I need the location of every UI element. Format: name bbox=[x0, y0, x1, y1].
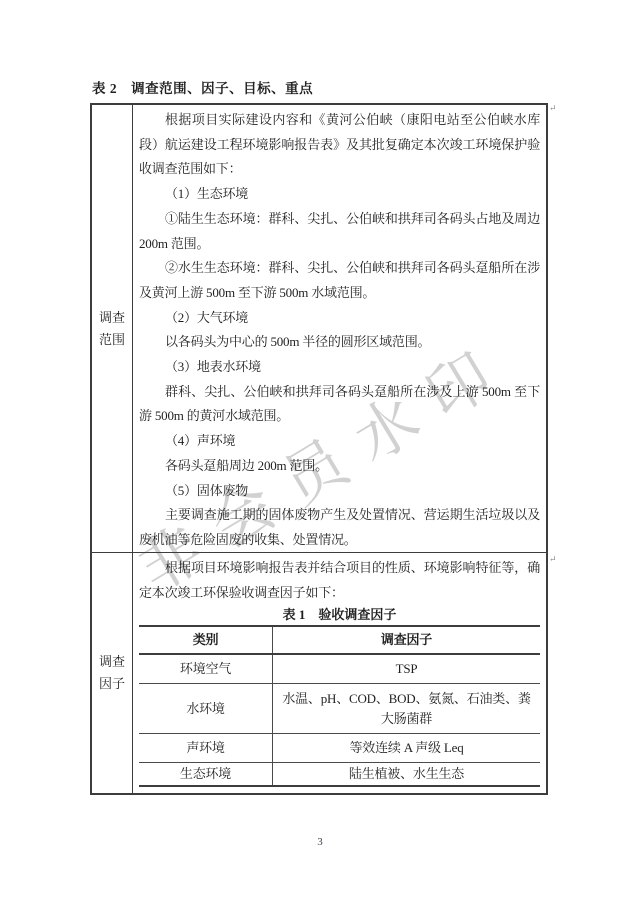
table1-header-category: 类别 bbox=[139, 626, 273, 654]
paragraph-mark-icon: ↵ bbox=[549, 104, 557, 113]
scope-paragraph: （1）生态环境 bbox=[139, 182, 540, 207]
row-header-label: 调查因子 bbox=[98, 651, 126, 695]
table1-cell-factor: 等效连续 A 声级 Leq bbox=[273, 734, 540, 763]
document-page: 非会员水印 表 2 调查范围、因子、目标、重点 ↵ ↵ 调查范围 根据项目实际建… bbox=[0, 0, 640, 905]
scope-paragraph: （4）声环境 bbox=[139, 429, 540, 454]
scope-paragraph: （2）大气环境 bbox=[139, 306, 540, 331]
table1-row: 生态环境 陆生植被、水生生态 bbox=[139, 763, 540, 787]
survey-factors-content: 根据项目环境影响报告表并结合项目的性质、环境影响特征等，确定本次竣工环保验收调查… bbox=[133, 553, 546, 793]
table1-cell-factor: TSP bbox=[273, 654, 540, 684]
table1-row: 环境空气 TSP bbox=[139, 654, 540, 684]
table1: 类别 调查因子 环境空气 TSP 水环境 水温、pH、COD、BOD、氨氮、石油… bbox=[139, 625, 540, 787]
row-header-label: 调查范围 bbox=[98, 307, 126, 351]
table1-cell-category: 生态环境 bbox=[139, 763, 273, 787]
table1-caption: 表 1 验收调查因子 bbox=[139, 606, 540, 623]
table1-cell-category: 水环境 bbox=[139, 684, 273, 734]
survey-scope-content: 根据项目实际建设内容和《黄河公伯峡（康阳电站至公伯峡水库段）航运建设工程环境影响… bbox=[133, 105, 546, 553]
factor-intro-paragraph: 根据项目环境影响报告表并结合项目的性质、环境影响特征等，确定本次竣工环保验收调查… bbox=[139, 556, 540, 605]
table1-header-factor: 调查因子 bbox=[273, 626, 540, 654]
table1-row: 水环境 水温、pH、COD、BOD、氨氮、石油类、粪大肠菌群 bbox=[139, 684, 540, 734]
table1-cell-factor: 水温、pH、COD、BOD、氨氮、石油类、粪大肠菌群 bbox=[273, 684, 540, 734]
scope-paragraph: 以各码头为中心的 500m 半径的圆形区域范围。 bbox=[139, 330, 540, 355]
scope-paragraph: ①陆生生态环境：群科、尖扎、公伯峡和拱拜司各码头占地及周边 200m 范围。 bbox=[139, 207, 540, 256]
scope-paragraph: （5）固体废物 bbox=[139, 479, 540, 504]
table1-row: 声环境 等效连续 A 声级 Leq bbox=[139, 734, 540, 763]
scope-paragraph: 群科、尖扎、公伯峡和拱拜司各码头趸船所在涉及上游 500m 至下游 500m 的… bbox=[139, 380, 540, 429]
scope-paragraph: 根据项目实际建设内容和《黄河公伯峡（康阳电站至公伯峡水库段）航运建设工程环境影响… bbox=[139, 108, 540, 182]
scope-paragraph: ②水生生态环境：群科、尖扎、公伯峡和拱拜司各码头趸船所在涉及黄河上游 500m … bbox=[139, 256, 540, 305]
scope-paragraph: 主要调查施工期的固体废物产生及处置情况、营运期生活垃圾以及废机油等危险固废的收集… bbox=[139, 503, 540, 552]
paragraph-mark-icon: ↵ bbox=[549, 555, 557, 564]
scope-paragraph: 各码头趸船周边 200m 范围。 bbox=[139, 454, 540, 479]
table2-title: 表 2 调查范围、因子、目标、重点 bbox=[92, 77, 313, 97]
row-header-survey-scope: 调查范围 bbox=[92, 105, 133, 553]
table1-header-row: 类别 调查因子 bbox=[139, 626, 540, 654]
page-number: 3 bbox=[0, 836, 640, 848]
table1-cell-category: 环境空气 bbox=[139, 654, 273, 684]
scope-paragraph: （3）地表水环境 bbox=[139, 355, 540, 380]
table2: 调查范围 根据项目实际建设内容和《黄河公伯峡（康阳电站至公伯峡水库段）航运建设工… bbox=[90, 103, 548, 795]
table1-cell-factor: 陆生植被、水生生态 bbox=[273, 763, 540, 787]
table1-cell-category: 声环境 bbox=[139, 734, 273, 763]
row-header-survey-factors: 调查因子 bbox=[92, 553, 133, 793]
